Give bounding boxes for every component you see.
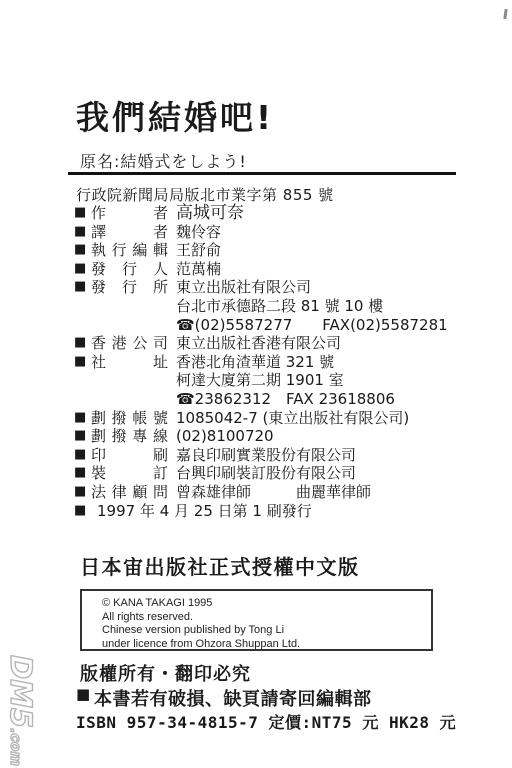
row-value: 王舒俞 xyxy=(176,241,221,260)
bullet-square-icon: ■ xyxy=(74,446,91,465)
row-value: 曾森雄律師 曲麗華律師 xyxy=(176,483,371,502)
row-postal-account: ■ 劃撥帳號 1085042-7 (東立出版社有限公司) xyxy=(74,409,474,428)
row-print-date: ■ 1997 年 4 月 25 日第 1 刷發行 xyxy=(74,502,474,521)
row-publisher-address: 台北市承德路二段 81 號 10 樓 xyxy=(74,297,474,316)
row-publishing-house: ■ 發 行 所 東立出版社有限公司 xyxy=(74,278,474,297)
row-label: 香港公司 xyxy=(91,334,168,353)
row-label: 社 址 xyxy=(91,353,168,372)
row-value: 台興印刷裝訂股份有限公司 xyxy=(176,464,356,483)
bullet-square-icon: ■ xyxy=(74,278,91,297)
bullet-square-icon: ■ xyxy=(74,427,91,446)
damaged-copy-text: 本書若有破損、缺頁請寄回編輯部 xyxy=(94,685,372,711)
row-value: 東立出版社香港有限公司 xyxy=(176,334,341,353)
bullet-square-icon: ■ xyxy=(74,483,91,502)
row-label: 譯 者 xyxy=(91,223,168,242)
scan-artifact-speck xyxy=(503,9,507,19)
row-binder: ■ 裝 訂 台興印刷裝訂股份有限公司 xyxy=(74,464,474,483)
row-translator: ■ 譯 者 魏伶容 xyxy=(74,223,474,242)
colophon-page: 我們結婚吧! 原名:結婚式をしよう! 行政院新聞局局版北市業字第 855 號 ■… xyxy=(0,0,512,768)
row-executive-editor: ■ 執行編輯 王舒俞 xyxy=(74,241,474,260)
row-value: 東立出版社有限公司 xyxy=(176,278,311,297)
row-value: ☎23862312 FAX 23618806 xyxy=(176,390,395,409)
row-label: 印 刷 xyxy=(91,446,168,465)
watermark-suffix: .com xyxy=(7,728,23,766)
bullet-square-icon: ■ xyxy=(74,353,91,372)
row-value: 魏伶容 xyxy=(176,223,221,242)
row-label: 發 行 人 xyxy=(91,260,168,279)
row-value: 范萬楠 xyxy=(176,260,221,279)
bullet-square-icon: ■ xyxy=(74,204,91,223)
bullet-square-icon: ■ xyxy=(74,241,91,260)
row-value: ☎(02)5587277 FAX(02)5587281 xyxy=(176,316,448,335)
row-hk-phone-fax: ☎23862312 FAX 23618806 xyxy=(74,390,474,409)
bullet-square-icon: ■ xyxy=(74,223,91,242)
copyright-line: All rights reserved. xyxy=(102,611,431,625)
row-label: 發 行 所 xyxy=(91,278,168,297)
damaged-copy-notice: ■ 本書若有破損、缺頁請寄回編輯部 xyxy=(76,685,372,711)
row-value: 台北市承德路二段 81 號 10 樓 xyxy=(176,297,383,316)
row-publisher-person: ■ 發 行 人 范萬楠 xyxy=(74,260,474,279)
copyright-line: under licence from Ohzora Shuppan Ltd. xyxy=(102,638,431,652)
rights-reserved-line: 版權所有・翻印必究 xyxy=(80,660,251,686)
row-postal-hotline: ■ 劃撥專線 (02)8100720 xyxy=(74,427,474,446)
bullet-square-icon: ■ xyxy=(76,685,94,711)
row-value: 嘉良印刷實業股份有限公司 xyxy=(176,446,356,465)
row-hongkong-company: ■ 香港公司 東立出版社香港有限公司 xyxy=(74,334,474,353)
row-legal-advisors: ■ 法律顧問 曾森雄律師 曲麗華律師 xyxy=(74,483,474,502)
registration-number-line: 行政院新聞局局版北市業字第 855 號 xyxy=(76,184,334,205)
bullet-square-icon: ■ xyxy=(74,464,91,483)
row-label: 劃撥帳號 xyxy=(91,409,168,428)
copyright-line: Chinese version published by Tong Li xyxy=(102,624,431,638)
colophon-rows: ■ 作 者 高城可奈 ■ 譯 者 魏伶容 ■ 執行編輯 王舒俞 ■ 發 行 人 … xyxy=(74,204,474,520)
watermark-name: DM5 xyxy=(4,655,38,728)
row-printer: ■ 印 刷 嘉良印刷實業股份有限公司 xyxy=(74,446,474,465)
original-title: 原名:結婚式をしよう! xyxy=(80,149,247,172)
book-title: 我們結婚吧! xyxy=(76,100,274,136)
row-company-address: ■ 社 址 香港北角渣華道 321 號 xyxy=(74,353,474,372)
dm5-watermark: DM5.com xyxy=(8,655,38,768)
row-hk-address-line2: 柯達大廈第二期 1901 室 xyxy=(74,371,474,390)
divider-rule xyxy=(68,172,456,175)
row-value: (02)8100720 xyxy=(176,427,274,446)
authorization-statement: 日本宙出版社正式授權中文版 xyxy=(80,551,360,580)
row-label: 劃撥專線 xyxy=(91,427,168,446)
isbn-price-line: ISBN 957-34-4815-7 定價:NT75 元 HK28 元 xyxy=(76,710,456,733)
row-value: 1997 年 4 月 25 日第 1 刷發行 xyxy=(97,502,312,521)
bullet-square-icon: ■ xyxy=(74,409,91,428)
copyright-line: © KANA TAKAGI 1995 xyxy=(102,597,431,611)
row-value: 高城可奈 xyxy=(176,204,244,223)
row-publisher-phone-fax: ☎(02)5587277 FAX(02)5587281 xyxy=(74,316,474,335)
row-value: 1085042-7 (東立出版社有限公司) xyxy=(176,409,409,428)
row-label: 裝 訂 xyxy=(91,464,168,483)
row-label: 作 者 xyxy=(91,204,168,223)
bullet-square-icon: ■ xyxy=(74,334,91,353)
bullet-square-icon: ■ xyxy=(74,260,91,279)
row-value: 柯達大廈第二期 1901 室 xyxy=(176,371,344,390)
copyright-notice-box: © KANA TAKAGI 1995 All rights reserved. … xyxy=(80,589,433,651)
bullet-square-icon: ■ xyxy=(74,502,91,521)
row-author: ■ 作 者 高城可奈 xyxy=(74,204,474,223)
row-value: 香港北角渣華道 321 號 xyxy=(176,353,334,372)
row-label: 執行編輯 xyxy=(91,241,168,260)
row-label: 法律顧問 xyxy=(91,483,168,502)
